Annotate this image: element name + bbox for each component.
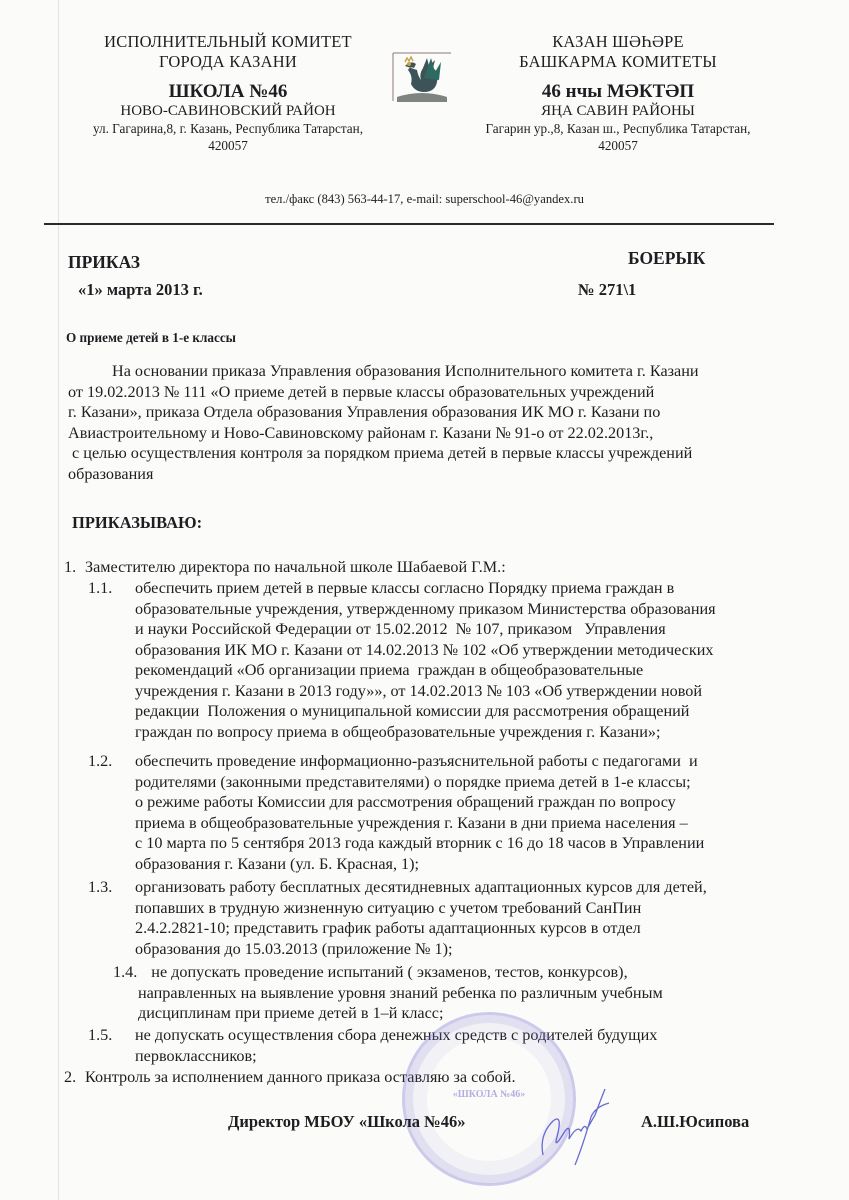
item-number: 1. bbox=[64, 557, 76, 578]
committee-line-2-tt: БАШКАРМА КОМИТЕТЫ bbox=[458, 52, 778, 72]
item-number: 1.1. bbox=[88, 578, 112, 599]
item-text: обеспечить прием детей в первые классы с… bbox=[135, 578, 835, 742]
preamble-line: образования bbox=[68, 464, 808, 485]
item-text: Заместителю директора по начальной школе… bbox=[85, 557, 506, 578]
address-tt: Гагарин ур.,8, Казан ш., Республика Тата… bbox=[458, 120, 778, 137]
item-number: 2. bbox=[64, 1067, 76, 1088]
order-subject: О приеме детей в 1-е классы bbox=[66, 330, 236, 346]
contact-line: тел./факс (843) 563-44-17, e-mail: super… bbox=[0, 192, 849, 207]
committee-line-2: ГОРОДА КАЗАНИ bbox=[68, 52, 388, 72]
order-number: № 271\1 bbox=[578, 280, 636, 300]
orders-heading: ПРИКАЗЫВАЮ: bbox=[72, 513, 202, 533]
item-number: 1.3. bbox=[88, 877, 112, 898]
district-name-tt: ЯҢА САВИН РАЙОНЫ bbox=[458, 103, 778, 120]
header-divider bbox=[44, 223, 774, 225]
preamble-line: г. Казани», приказа Отдела образования У… bbox=[68, 402, 808, 423]
item-text: организовать работу бесплатных десятидне… bbox=[135, 877, 835, 959]
signatory-title: Директор МБОУ «Школа №46» bbox=[228, 1112, 465, 1132]
preamble-line: с целью осуществления контроля за порядк… bbox=[68, 443, 808, 464]
handwritten-signature-icon bbox=[535, 1085, 610, 1170]
preamble-line: Авиастроительному и Ново-Савиновскому ра… bbox=[68, 423, 808, 444]
item-text: обеспечить проведение информационно-разъ… bbox=[135, 751, 835, 874]
committee-line-1: ИСПОЛНИТЕЛЬНЫЙ КОМИТЕТ bbox=[68, 32, 388, 52]
address: ул. Гагарина,8, г. Казань, Республика Та… bbox=[68, 120, 388, 137]
document-page: ИСПОЛНИТЕЛЬНЫЙ КОМИТЕТ ГОРОДА КАЗАНИ ШКО… bbox=[0, 0, 849, 1200]
postcode-tt: 420057 bbox=[458, 137, 778, 154]
order-date: «1» марта 2013 г. bbox=[78, 280, 203, 300]
order-title-ru: ПРИКАЗ bbox=[68, 252, 140, 273]
item-number: 1.5. bbox=[88, 1025, 112, 1046]
letterhead-left: ИСПОЛНИТЕЛЬНЫЙ КОМИТЕТ ГОРОДА КАЗАНИ ШКО… bbox=[68, 32, 388, 154]
committee-line-1-tt: КАЗАН ШӘҺӘРЕ bbox=[458, 32, 778, 52]
school-name: ШКОЛА №46 bbox=[68, 81, 388, 103]
district-name: НОВО-САВИНОВСКИЙ РАЙОН bbox=[68, 103, 388, 120]
postcode: 420057 bbox=[68, 137, 388, 154]
item-number: 1.2. bbox=[88, 751, 112, 772]
preamble-line: На основании приказа Управления образова… bbox=[68, 361, 808, 382]
signatory-name: А.Ш.Юсипова bbox=[641, 1112, 749, 1132]
kazan-dragon-emblem-icon bbox=[391, 52, 453, 102]
order-title-tt: БОЕРЫК bbox=[628, 248, 705, 269]
school-name-tt: 46 нчы МӘКТӘП bbox=[458, 81, 778, 103]
preamble-paragraph: На основании приказа Управления образова… bbox=[68, 361, 808, 484]
preamble-line: от 19.02.2013 № 111 «О приеме детей в пе… bbox=[68, 382, 808, 403]
letterhead-right: КАЗАН ШӘҺӘРЕ БАШКАРМА КОМИТЕТЫ 46 нчы МӘ… bbox=[458, 32, 778, 154]
item-number: 1.4. bbox=[113, 963, 137, 981]
scan-fold-line bbox=[58, 0, 59, 1200]
